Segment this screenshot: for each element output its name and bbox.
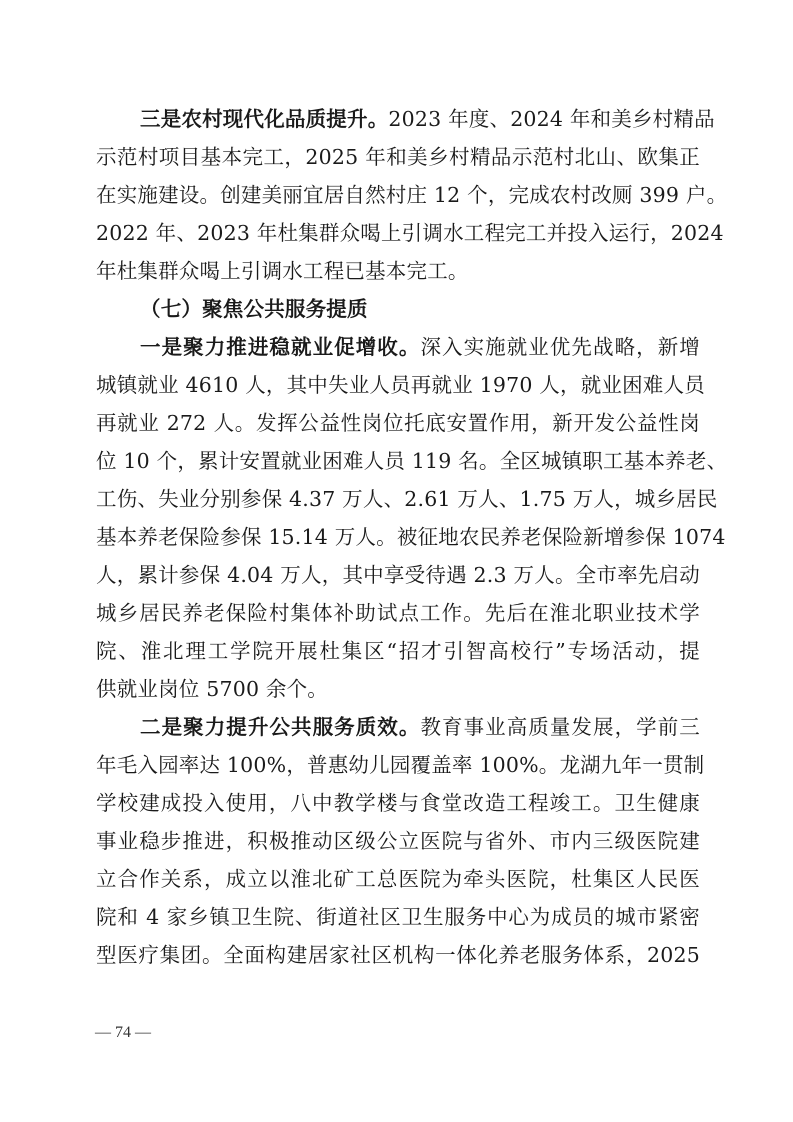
paragraph-services-line-5: 立合作关系，成立以淮北矿工总医院为牵头医院，杜集区人民医 [96,860,700,898]
paragraph-services-line-1: 二是聚力提升公共服务质效。教育事业高质量发展，学前三 [96,708,700,746]
paragraph-rural-line-2: 示范村项目基本完工，2025 年和美乡村精品示范村北山、欧集正 [96,138,700,176]
paragraph-lead-employment: 一是聚力推进稳就业促增收。 [140,335,420,359]
paragraph-rural-line-5: 年杜集群众喝上引调水工程已基本完工。 [96,252,700,290]
paragraph-services-line-6: 院和 4 家乡镇卫生院、街道社区卫生服务中心为成员的城市紧密 [96,898,700,936]
paragraph-services-line-2: 年毛入园率达 100%，普惠幼儿园覆盖率 100%。龙湖九年一贯制 [96,746,700,784]
paragraph-employment-line-7: 人，累计参保 4.04 万人，其中享受待遇 2.3 万人。全市率先启动 [96,556,700,594]
paragraph-employment-line-8: 城乡居民养老保险村集体补助试点工作。先后在淮北职业技术学 [96,594,700,632]
paragraph-employment-line-10: 供就业岗位 5700 余个。 [96,670,700,708]
paragraph-lead-services: 二是聚力提升公共服务质效。 [140,715,420,739]
paragraph-employment-line-9: 院、淮北理工学院开展杜集区“招才引智高校行”专场活动，提 [96,632,700,670]
paragraph-services-line-3: 学校建成投入使用，八中教学楼与食堂改造工程竣工。卫生健康 [96,784,700,822]
document-page: 三是农村现代化品质提升。2023 年度、2024 年和美乡村精品 示范村项目基本… [96,100,700,974]
paragraph-rural-line-4: 2022 年、2023 年杜集群众喝上引调水工程完工并投入运行，2024 [96,214,700,252]
paragraph-services-line-4: 事业稳步推进，积极推动区级公立医院与省外、市内三级医院建 [96,822,700,860]
paragraph-employment-line-4: 位 10 个，累计安置就业困难人员 119 名。全区城镇职工基本养老、 [96,442,700,480]
paragraph-lead-rural: 三是农村现代化品质提升。 [140,107,388,131]
section-heading: （七）聚焦公共服务提质 [96,290,700,328]
paragraph-employment-line-2: 城镇就业 4610 人，其中失业人员再就业 1970 人，就业困难人员 [96,366,700,404]
paragraph-services-line-7: 型医疗集团。全面构建居家社区机构一体化养老服务体系，2025 [96,936,700,974]
paragraph-employment-line-6: 基本养老保险参保 15.14 万人。被征地农民养老保险新增参保 1074 [96,518,700,556]
paragraph-rural-line-3: 在实施建设。创建美丽宜居自然村庄 12 个，完成农村改厕 399 户。 [96,176,700,214]
page-number: — 74 — [95,1024,151,1042]
paragraph-employment-line-5: 工伤、失业分别参保 4.37 万人、2.61 万人、1.75 万人，城乡居民 [96,480,700,518]
paragraph-rural-line-1: 三是农村现代化品质提升。2023 年度、2024 年和美乡村精品 [96,100,700,138]
paragraph-employment-line-1: 一是聚力推进稳就业促增收。深入实施就业优先战略，新增 [96,328,700,366]
paragraph-employment-line-3: 再就业 272 人。发挥公益性岗位托底安置作用，新开发公益性岗 [96,404,700,442]
